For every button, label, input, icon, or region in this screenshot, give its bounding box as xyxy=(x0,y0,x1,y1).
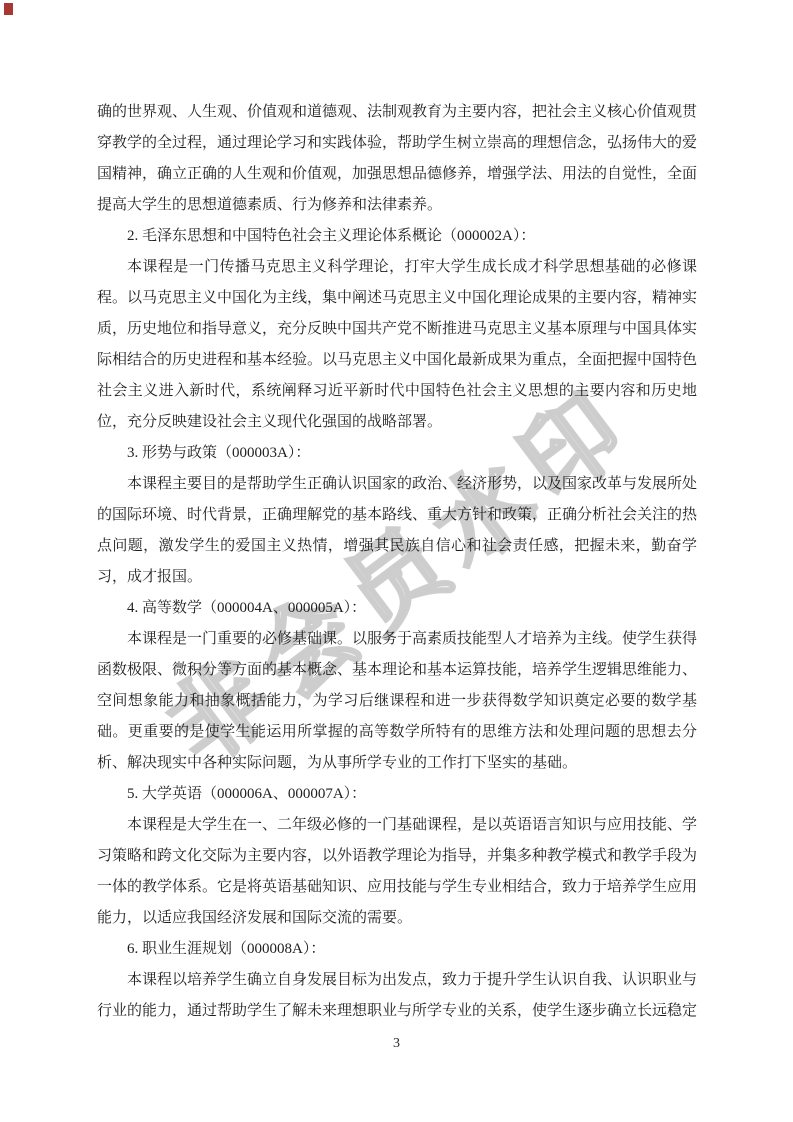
course-heading-6: 6. 职业生涯规划（000008A）： xyxy=(97,934,697,965)
course-heading-2: 2. 毛泽东思想和中国特色社会主义理论体系概论（000002A）： xyxy=(97,221,697,252)
course-heading-3: 3. 形势与政策（000003A）： xyxy=(97,438,697,469)
course-description-5: 本课程是大学生在一、二年级必修的一门基础课程，是以英语语言知识与应用技能、学习策… xyxy=(97,810,697,934)
course-description-4: 本课程是一门重要的必修基础课。以服务于高素质技能型人才培养为主线。使学生获得函数… xyxy=(97,624,697,779)
scan-red-corner-mark xyxy=(4,3,13,15)
course-description-2: 本课程是一门传播马克思主义科学理论，打牢大学生成长成才科学思想基础的必修课程。以… xyxy=(97,252,697,438)
course-description-6: 本课程以培养学生确立自身发展目标为出发点，致力于提升学生认识自我、认识职业与行业… xyxy=(97,965,697,1027)
page-number: 3 xyxy=(0,1036,793,1052)
course-heading-5: 5. 大学英语（000006A、000007A）： xyxy=(97,779,697,810)
course-heading-4: 4. 高等数学（000004A、000005A）： xyxy=(97,593,697,624)
paragraph-continuation: 确的世界观、人生观、价值观和道德观、法制观教育为主要内容，把社会主义核心价值观贯… xyxy=(97,97,697,221)
document-body: 确的世界观、人生观、价值观和道德观、法制观教育为主要内容，把社会主义核心价值观贯… xyxy=(97,97,697,1027)
course-description-3: 本课程主要目的是帮助学生正确认识国家的政治、经济形势，以及国家改革与发展所处的国… xyxy=(97,469,697,593)
document-page: 非会员水印 确的世界观、人生观、价值观和道德观、法制观教育为主要内容，把社会主义… xyxy=(0,0,793,1122)
